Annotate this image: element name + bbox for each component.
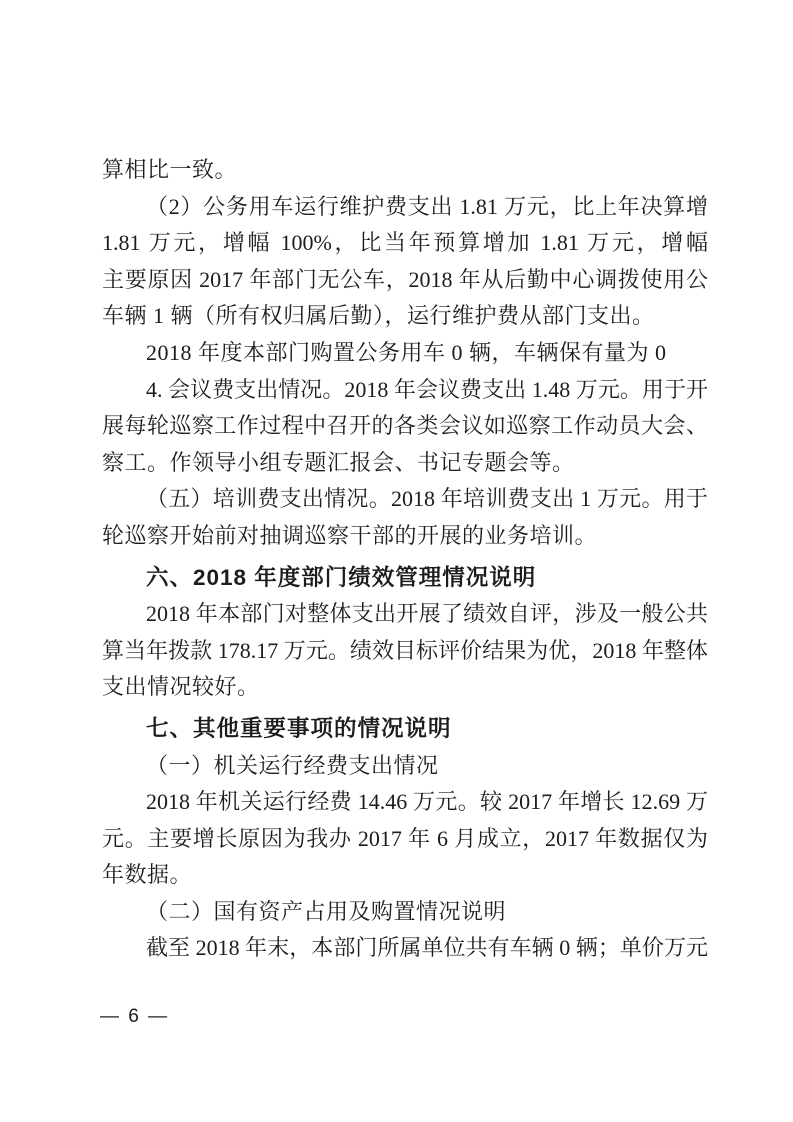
subsection-title: （一）机关运行经费支出情况	[102, 748, 708, 785]
text-line: 1.81 万元，增幅 100%，比当年预算增加 1.81 万元，增幅 100%。	[102, 225, 708, 262]
report-text-body: 算相比一致。 （2）公务用车运行维护费支出 1.81 万元，比上年决算增加 1.…	[102, 152, 708, 967]
a4-document-page: 算相比一致。 （2）公务用车运行维护费支出 1.81 万元，比上年决算增加 1.…	[0, 0, 793, 1122]
text-line: 2018 年度本部门购置公务用车 0 辆，车辆保有量为 0 辆。	[102, 335, 708, 372]
text-line: 车辆 1 辆（所有权归属后勤），运行维护费从部门支出。	[102, 298, 708, 335]
text-line: 展每轮巡察工作过程中召开的各类会议如巡察工作动员大会、巡	[102, 408, 708, 445]
text-line: 算相比一致。	[102, 152, 708, 189]
text-line: 元。主要增长原因为我办 2017 年 6 月成立，2017 年数据仅为半	[102, 821, 708, 858]
subsection-title: （二）国有资产占用及购置情况说明	[102, 894, 708, 931]
text-line: 截至 2018 年末，本部门所属单位共有车辆 0 辆；单价万元	[102, 930, 708, 967]
text-line: 4. 会议费支出情况。2018 年会议费支出 1.48 万元。用于开	[102, 372, 708, 409]
text-line: 算当年拨款 178.17 万元。绩效目标评价结果为优，2018 年整体	[102, 633, 708, 670]
text-line: （2）公务用车运行维护费支出 1.81 万元，比上年决算增加	[102, 189, 708, 226]
section-heading-other-items: 七、其他重要事项的情况说明	[102, 711, 708, 748]
text-line: 年数据。	[102, 857, 708, 894]
page-number: — 6 —	[100, 1006, 169, 1028]
text-line: 2018 年本部门对整体支出开展了绩效自评，涉及一般公共预	[102, 596, 708, 633]
text-line: （五）培训费支出情况。2018 年培训费支出 1 万元。用于每	[102, 481, 708, 518]
text-line: 察工。作领导小组专题汇报会、书记专题会等。	[102, 445, 708, 482]
section-heading-performance: 六、2018 年度部门绩效管理情况说明	[102, 560, 708, 597]
text-line: 主要原因 2017 年部门无公车，2018 年从后勤中心调拨使用公务	[102, 262, 708, 299]
text-line: 轮巡察开始前对抽调巡察干部的开展的业务培训。	[102, 518, 708, 555]
text-line: 支出情况较好。	[102, 669, 708, 706]
text-line: 2018 年机关运行经费 14.46 万元。较 2017 年增长 12.69 万	[102, 784, 708, 821]
